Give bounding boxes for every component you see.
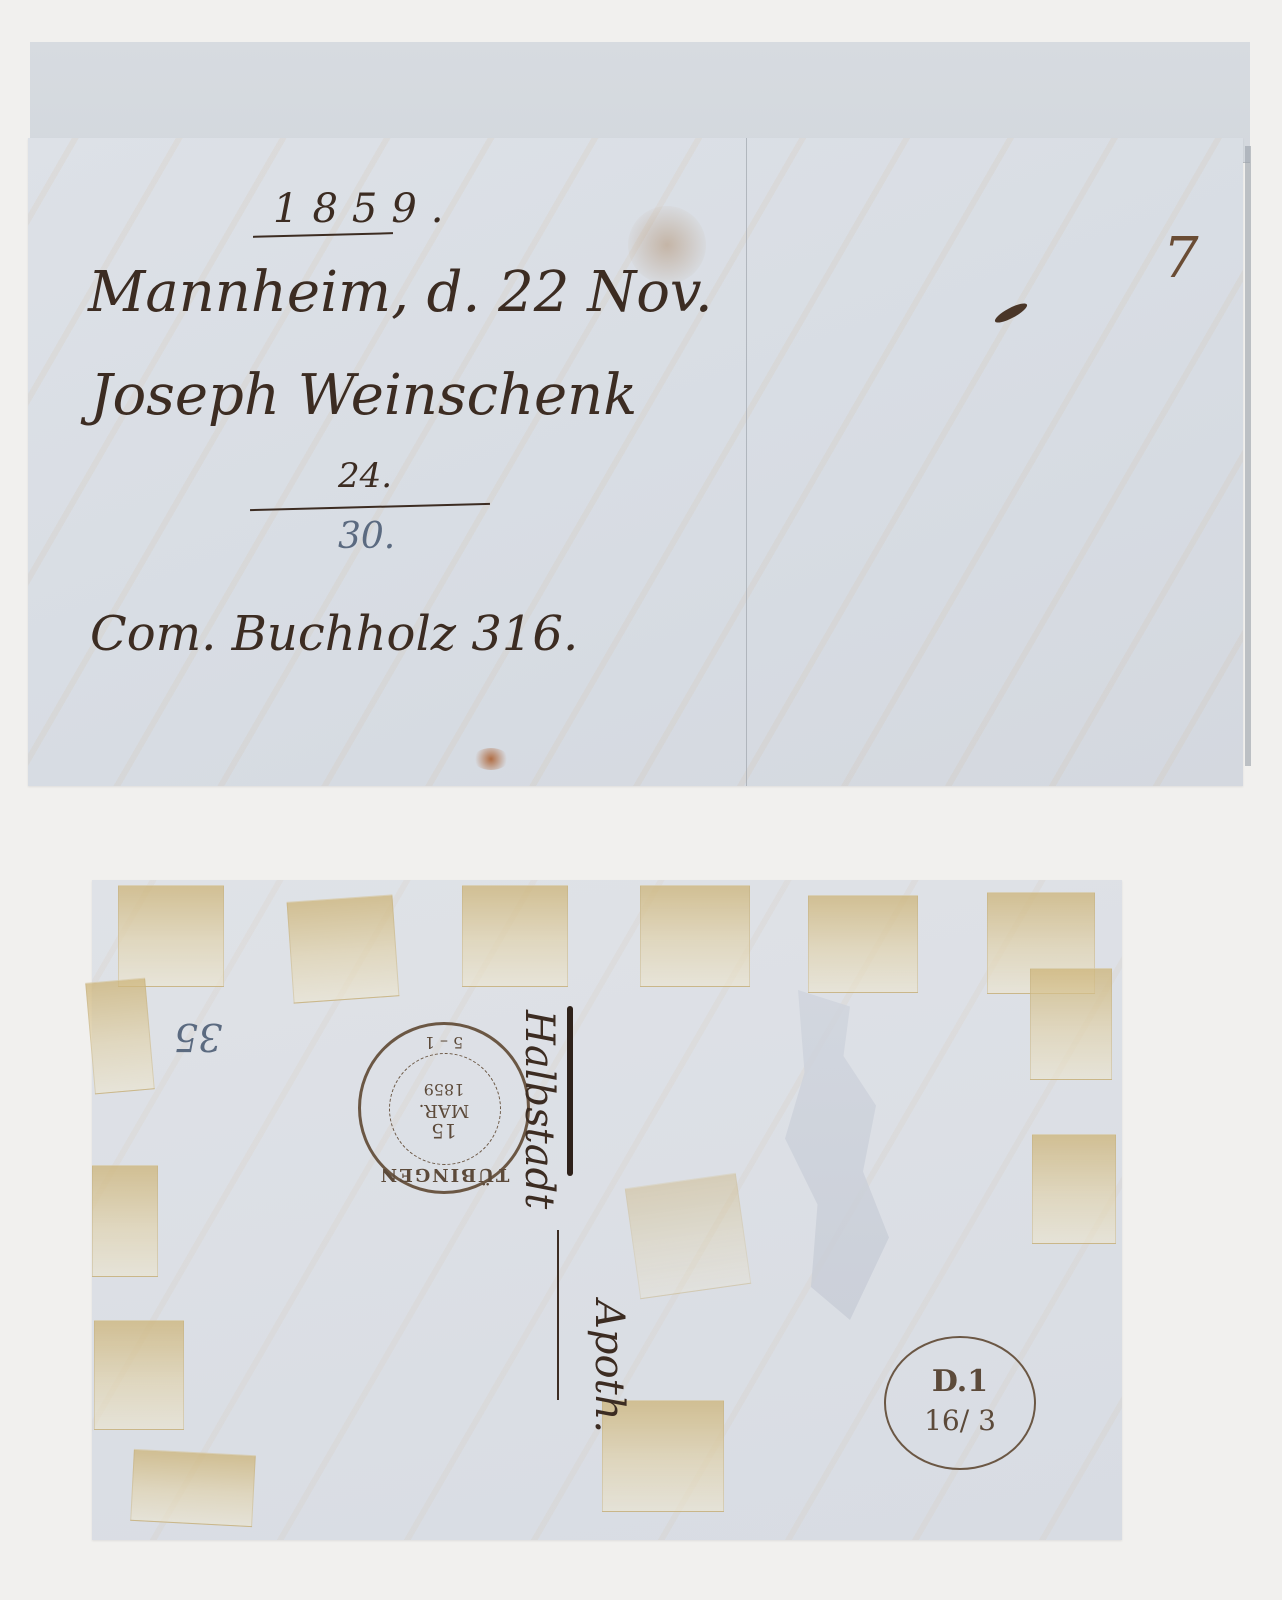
stamp-hinge [462, 885, 568, 987]
stamp-hinge [287, 894, 400, 1003]
stamp-hinge [640, 885, 750, 987]
postmark-town: TÜBINGEN [361, 1164, 527, 1185]
year-heading: 1859. [273, 186, 458, 232]
reference-line: Com. Buchholz 316. [90, 606, 578, 662]
stamp-hinge [118, 885, 224, 987]
corner-mark: 7 [1163, 226, 1199, 291]
postmark-year: 1859 [361, 1080, 527, 1099]
ink-line [557, 1230, 559, 1400]
year-underline [253, 232, 393, 237]
stamp-hinge [92, 1165, 158, 1277]
ink-blot [993, 300, 1029, 326]
stamp-hinge [85, 978, 155, 1095]
rust-spot [473, 748, 509, 770]
paper-tear [772, 990, 902, 1320]
postmark-day: 15 [361, 1119, 527, 1143]
place-date-line: Mannheim, d. 22 Nov. [88, 260, 713, 325]
fraction-bar [250, 503, 490, 511]
stamp-hinge [130, 1449, 256, 1527]
postmark-month: MAR. [361, 1100, 527, 1121]
postmark-time: 5 – 1 [361, 1033, 527, 1052]
arrival-postmark-line1: D.1 [886, 1364, 1034, 1399]
sheet-edge [1245, 146, 1251, 766]
arrival-postmark-line2: 16/ 3 [886, 1404, 1034, 1437]
arrival-postmark: D.1 16/ 3 [884, 1336, 1036, 1470]
bottom-cover: 35 TÜBINGEN 15 MAR. 1859 5 – 1 Halbstadt… [92, 880, 1122, 1540]
stamp-hinge [1030, 968, 1112, 1080]
stamp-hinge [1032, 1134, 1116, 1244]
stamp-hinge [808, 895, 918, 993]
addressee-name: Joseph Weinschenk [90, 363, 637, 428]
stamp-hinge [94, 1320, 184, 1430]
pencil-number: 35 [174, 1015, 222, 1059]
vertical-script-lower: Apoth. [586, 1300, 632, 1433]
tuebingen-postmark: TÜBINGEN 15 MAR. 1859 5 – 1 [358, 1022, 530, 1194]
top-cover: 1859. Mannheim, d. 22 Nov. Joseph Weinsc… [28, 138, 1243, 786]
vertical-script-upper: Halbstadt [516, 1010, 562, 1209]
fold-line [746, 138, 747, 786]
ink-stroke [567, 1006, 573, 1176]
fraction-denominator: 30. [338, 516, 395, 557]
fraction-numerator: 24. [338, 456, 392, 496]
stamp-hinge [625, 1173, 751, 1299]
